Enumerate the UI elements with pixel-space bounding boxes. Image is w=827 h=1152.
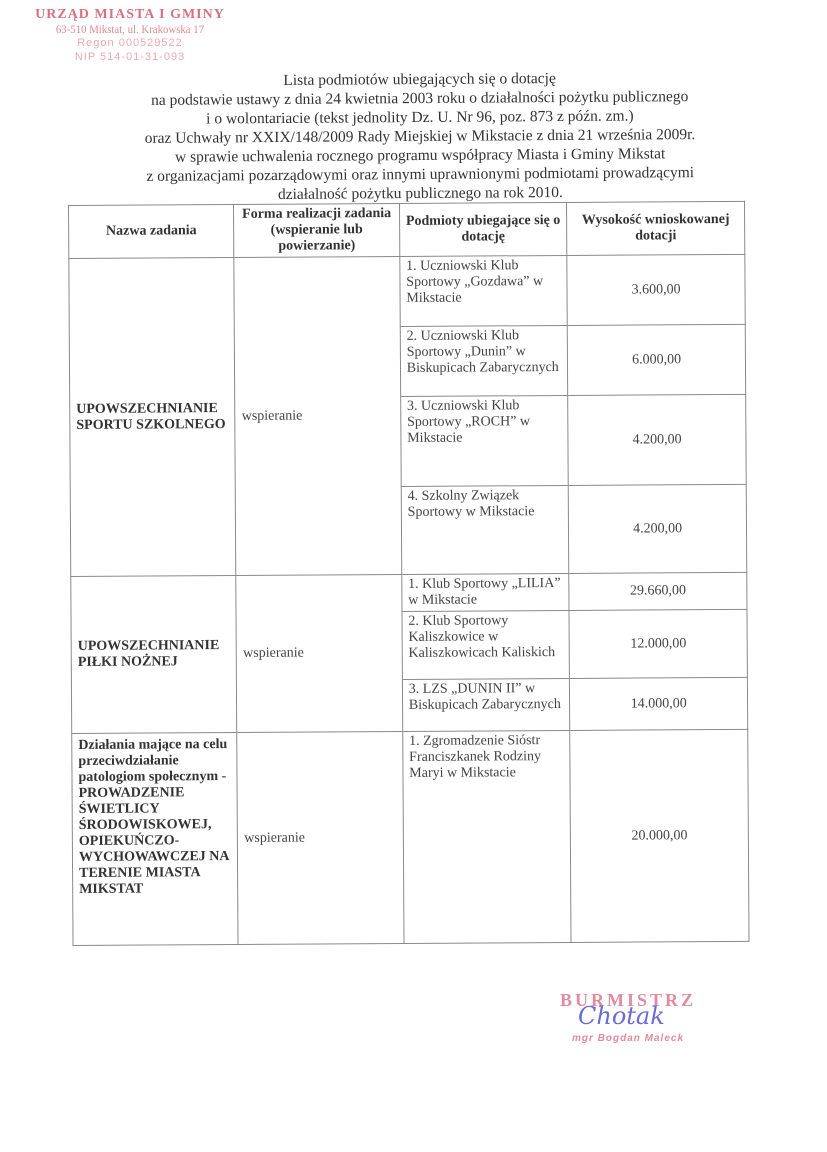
task-name-cell: UPOWSZECHNIANIE PIŁKI NOŻNEJ xyxy=(71,575,237,733)
entity-cell: 3. Uczniowski Klub Sportowy „ROCH” w Mik… xyxy=(400,395,568,486)
stamp-nip: NIP 514-01-31-093 xyxy=(30,50,230,64)
document-heading: Lista podmiotów ubiegających się o dotac… xyxy=(70,68,771,206)
amount-cell: 29.660,00 xyxy=(569,572,747,610)
header-task-name: Nazwa zadania xyxy=(69,204,235,258)
stamp-office-name: URZĄD MIASTA I GMINY xyxy=(30,8,230,22)
task-name-cell: Działania mające na celu przeciwdziałani… xyxy=(72,732,239,945)
signatory-name: mgr Bogdan Maleck xyxy=(548,1033,708,1044)
amount-cell: 20.000,00 xyxy=(570,729,749,942)
form-cell: wspieranie xyxy=(237,731,404,944)
amount-cell: 6.000,00 xyxy=(567,324,745,395)
header-amount: Wysokość wnioskowanej dotacji xyxy=(567,201,745,255)
entity-cell: 3. LZS „DUNIN II” w Biskupicach Zabarycz… xyxy=(402,678,570,731)
amount-cell: 4.200,00 xyxy=(568,394,746,485)
amount-cell: 4.200,00 xyxy=(568,484,746,573)
entity-cell: 2. Klub Sportowy Kaliszkowice w Kaliszko… xyxy=(402,610,570,679)
office-stamp: URZĄD MIASTA I GMINY 63-510 Mikstat, ul.… xyxy=(30,8,230,64)
form-cell: wspieranie xyxy=(234,256,401,575)
mayor-signature-stamp: BURMISTRZ Chotak mgr Bogdan Maleck xyxy=(548,990,708,1044)
grants-table: Nazwa zadania Forma realizacji zadania (… xyxy=(68,201,750,946)
header-entities: Podmioty ubiegające się o dotację xyxy=(399,202,567,256)
amount-cell: 3.600,00 xyxy=(567,254,745,325)
amount-cell: 14.000,00 xyxy=(570,677,748,730)
entity-cell: 1. Zgromadzenie Sióstr Franciszkanek Rod… xyxy=(403,730,572,943)
entity-cell: 1. Uczniowski Klub Sportowy „Gozdawa” w … xyxy=(400,255,568,326)
table-row: Działania mające na celu przeciwdziałani… xyxy=(72,729,749,945)
entity-cell: 4. Szkolny Związek Sportowy w Mikstacie xyxy=(401,485,569,574)
task-name-cell: UPOWSZECHNIANIE SPORTU SZKOLNEGO xyxy=(69,257,236,576)
stamp-address: 63-510 Mikstat, ul. Krakowska 17 xyxy=(40,22,220,36)
table-header-row: Nazwa zadania Forma realizacji zadania (… xyxy=(69,201,745,258)
entity-cell: 1. Klub Sportowy „LILIA” w Mikstacie xyxy=(402,573,570,611)
table-row: UPOWSZECHNIANIE PIŁKI NOŻNEJ wspieranie … xyxy=(71,572,747,613)
header-form: Forma realizacji zadania (wspieranie lub… xyxy=(234,203,400,257)
amount-cell: 12.000,00 xyxy=(569,609,747,678)
entity-cell: 2. Uczniowski Klub Sportowy „Dunin” w Bi… xyxy=(400,325,568,396)
handwritten-signature: Chotak xyxy=(578,1002,665,1030)
stamp-regon: Regon 000529522 xyxy=(30,36,230,50)
form-cell: wspieranie xyxy=(236,574,402,732)
table-row: UPOWSZECHNIANIE SPORTU SZKOLNEGO wspiera… xyxy=(69,254,745,328)
